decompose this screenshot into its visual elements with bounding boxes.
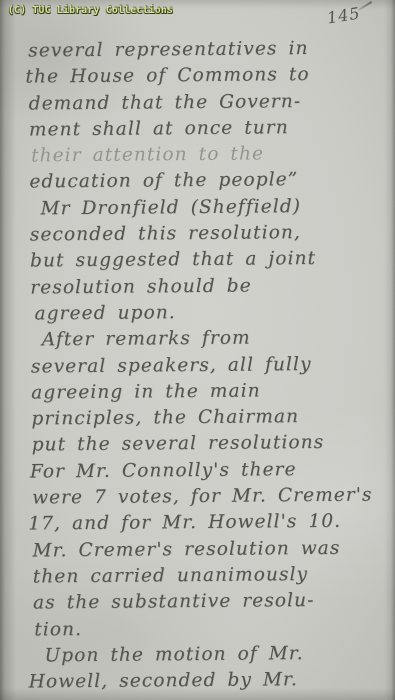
handwritten-line: demand that the Govern- bbox=[29, 88, 387, 117]
handwritten-line: 17, and for Mr. Howell's 10. bbox=[28, 509, 390, 538]
page-number: 145 bbox=[326, 3, 362, 27]
handwritten-line: then carried unanimously bbox=[33, 561, 391, 590]
handwritten-line: For Mr. Connolly's there bbox=[30, 456, 390, 485]
handwritten-line: put the several resolutions bbox=[32, 430, 390, 459]
scanned-document-page: (C) TUC Library Collections 145 several … bbox=[0, 0, 395, 700]
handwritten-line: Upon the motion of Mr. bbox=[44, 640, 391, 669]
handwritten-line: several speakers, all fully bbox=[31, 351, 389, 380]
handwritten-line: principles, the Chairman bbox=[31, 403, 389, 432]
handwritten-line: education of the people” bbox=[29, 167, 387, 196]
handwritten-line: were 7 votes, for Mr. Cremer's bbox=[32, 482, 390, 511]
pen-flourish-stroke bbox=[358, 1, 373, 11]
handwritten-line: After remarks from bbox=[42, 325, 389, 354]
handwritten-line: resolution should be bbox=[30, 272, 388, 301]
handwritten-line: as the substantive resolu- bbox=[33, 588, 391, 617]
handwritten-line: several representatives in bbox=[28, 35, 386, 64]
handwritten-line: Howell, seconded by Mr. bbox=[29, 666, 392, 695]
handwritten-line: but suggested that a joint bbox=[30, 246, 388, 275]
handwritten-line-faded: their attention to the bbox=[31, 141, 387, 170]
handwritten-line: agreeing in the main bbox=[31, 377, 389, 406]
handwritten-text-block: several representatives in the House of … bbox=[0, 35, 395, 696]
handwritten-line: seconded this resolution, bbox=[30, 219, 388, 248]
handwritten-line: Mr. Cremer's resolution was bbox=[32, 535, 390, 564]
handwritten-line: agreed upon. bbox=[34, 298, 388, 327]
handwritten-line: the House of Commons to bbox=[25, 62, 386, 91]
copyright-watermark: (C) TUC Library Collections bbox=[8, 5, 173, 16]
handwritten-line: Mr Dronfield (Sheffield) bbox=[41, 193, 388, 222]
handwritten-line: ment shall at once turn bbox=[29, 114, 387, 143]
handwritten-line: tion. bbox=[34, 614, 391, 643]
